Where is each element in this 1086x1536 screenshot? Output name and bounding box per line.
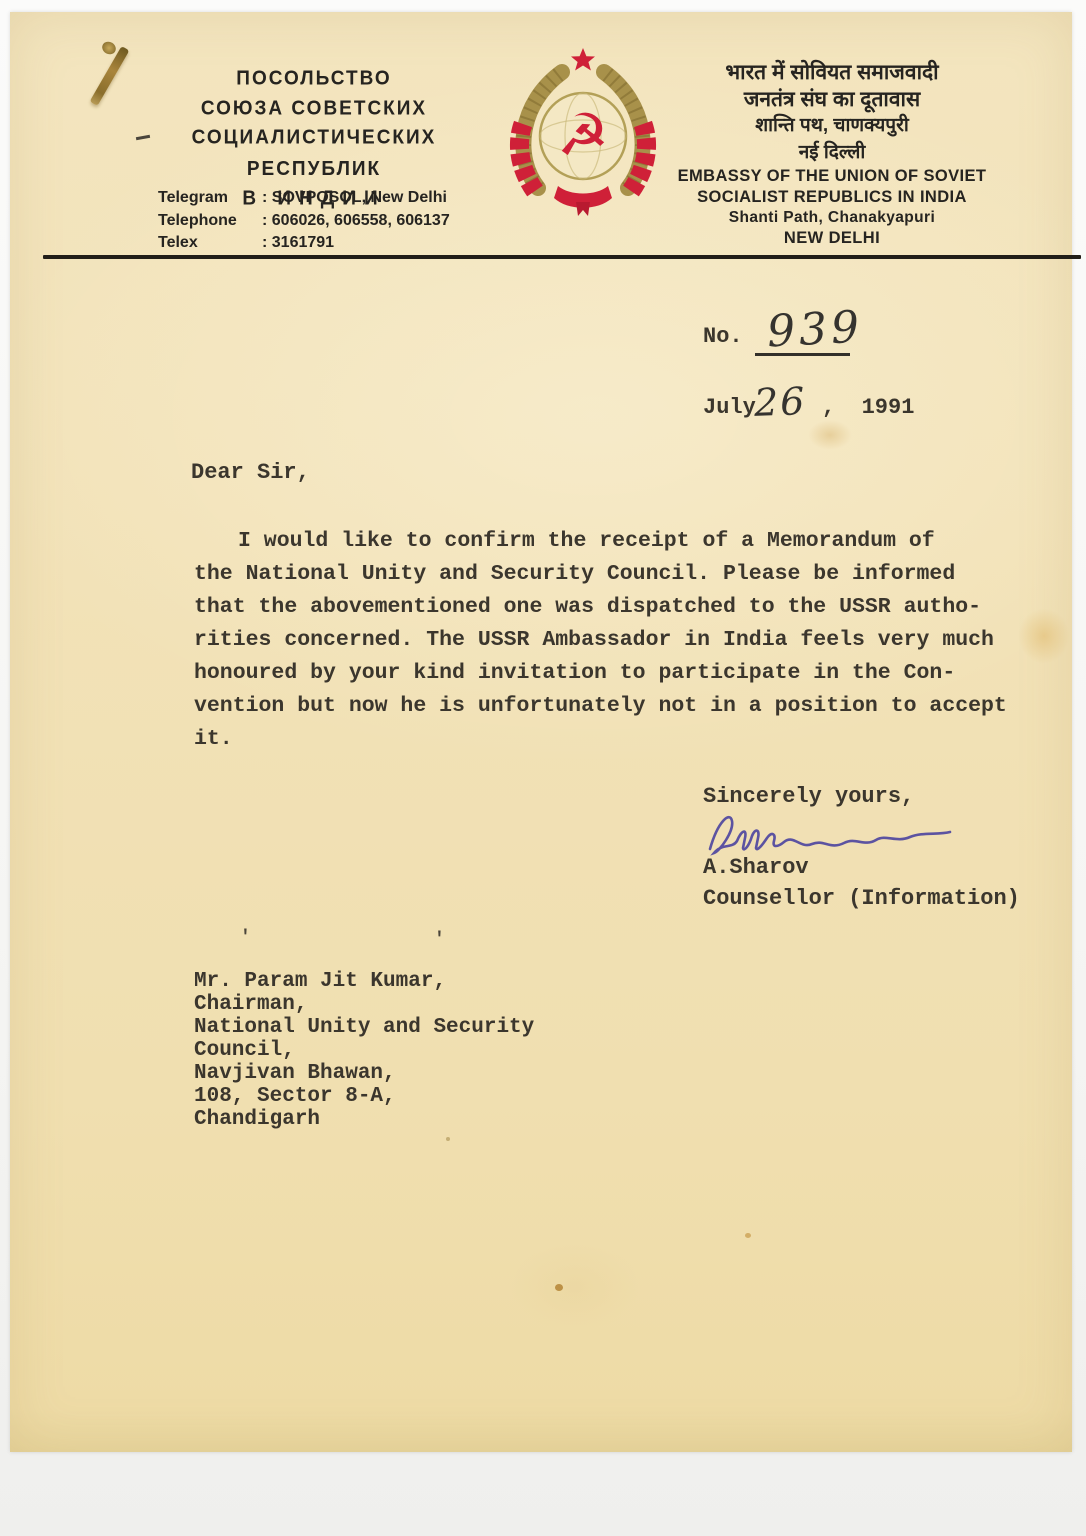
- embassy-name-ru-line: СОЦИАЛИСТИЧЕСКИХ РЕСПУБЛИК: [128, 123, 500, 186]
- embassy-name-hi-line: भारत में सोवियत समाजवादी: [658, 60, 1006, 87]
- fox-spot: [555, 1284, 563, 1291]
- reference-number-underline: [755, 353, 850, 356]
- recipient-line: Mr. Param Jit Kumar,: [194, 970, 534, 993]
- signatory-title: Counsellor (Information): [703, 886, 1020, 911]
- letter-page: ПОСОЛЬСТВО СОЮЗА СОВЕТСКИХ СОЦИАЛИСТИЧЕС…: [10, 12, 1072, 1452]
- embassy-address-en-line: Shanti Path, Chanakyapuri: [658, 208, 1006, 228]
- paper-stain: [510, 1242, 640, 1332]
- recipient-address-block: Mr. Param Jit Kumar, Chairman, National …: [194, 970, 534, 1131]
- body-line: rities concerned. The USSR Ambassador in…: [194, 624, 1074, 657]
- svg-text:☭: ☭: [557, 101, 609, 169]
- letterhead-contact-block: Telegram: SOVPOSOL, New Delhi Telephone:…: [158, 187, 450, 255]
- body-line: I would like to confirm the receipt of a…: [194, 525, 1074, 558]
- body-line: that the abovementioned one was dispatch…: [194, 591, 1074, 624]
- recipient-line: Navjivan Bhawan,: [194, 1062, 534, 1085]
- telephone-label: Telephone: [158, 210, 262, 233]
- date-year: , 1991: [822, 395, 914, 420]
- embassy-name-ru-line: ПОСОЛЬСТВО: [128, 63, 500, 95]
- telex-row: Telex: 3161791: [158, 232, 450, 255]
- telegram-label: Telegram: [158, 187, 262, 210]
- letter-body: I would like to confirm the receipt of a…: [194, 525, 1074, 756]
- recipient-line: National Unity and Security: [194, 1016, 534, 1039]
- telephone-row: Telephone: 606026, 606558, 606137: [158, 210, 450, 233]
- body-line: vention but now he is unfortunately not …: [194, 690, 1074, 723]
- paper-stain: [808, 420, 852, 450]
- letterhead-english-hindi-block: भारत में सोवियत समाजवादी जनतंत्र संघ का …: [658, 60, 1006, 248]
- body-line: honoured by your kind invitation to part…: [194, 657, 1074, 690]
- stray-apostrophe-mark: ': [434, 930, 445, 950]
- reference-number-handwritten: 939: [766, 302, 865, 358]
- telex-label: Telex: [158, 232, 262, 255]
- telephone-value: : 606026, 606558, 606137: [262, 212, 450, 229]
- signatory-name: A.Sharov: [703, 855, 809, 880]
- ussr-state-emblem-icon: ☭: [502, 46, 664, 222]
- fox-spot: [446, 1137, 450, 1141]
- embassy-name-hi-line: जनतंत्र संघ का दूतावास: [658, 87, 1006, 114]
- embassy-city-hi-line: नई दिल्ली: [658, 140, 1006, 167]
- staple-head-mark: [100, 39, 118, 56]
- body-line: the National Unity and Security Council.…: [194, 558, 1074, 591]
- telegram-row: Telegram: SOVPOSOL, New Delhi: [158, 187, 450, 210]
- telegram-value: : SOVPOSOL, New Delhi: [262, 189, 447, 206]
- stray-apostrophe-mark: ': [240, 928, 251, 948]
- recipient-line: Chairman,: [194, 993, 534, 1016]
- salutation: Dear Sir,: [191, 460, 310, 485]
- embassy-name-en-line: EMBASSY OF THE UNION OF SOVIET: [658, 167, 1006, 187]
- fox-spot: [745, 1233, 751, 1238]
- recipient-line: Chandigarh: [194, 1108, 534, 1131]
- embassy-city-en-line: NEW DELHI: [658, 229, 1006, 249]
- embassy-name-en-line: SOCIALIST REPUBLICS IN INDIA: [658, 188, 1006, 208]
- date-day-handwritten: 26: [753, 379, 807, 425]
- letterhead-divider-rule: [43, 255, 1081, 259]
- embassy-address-hi-line: शान्ति पथ, चाणक्यपुरी: [658, 113, 1006, 140]
- telex-value: : 3161791: [262, 234, 334, 251]
- recipient-line: Council,: [194, 1039, 534, 1062]
- staple-mark: [90, 46, 130, 106]
- handwritten-signature: [706, 805, 956, 857]
- reference-number-label: No.: [703, 324, 743, 349]
- embassy-name-ru-line: СОЮЗА СОВЕТСКИХ: [128, 93, 500, 125]
- recipient-line: 108, Sector 8-A,: [194, 1085, 534, 1108]
- body-line: it.: [194, 723, 1074, 756]
- date-month: July: [703, 395, 756, 420]
